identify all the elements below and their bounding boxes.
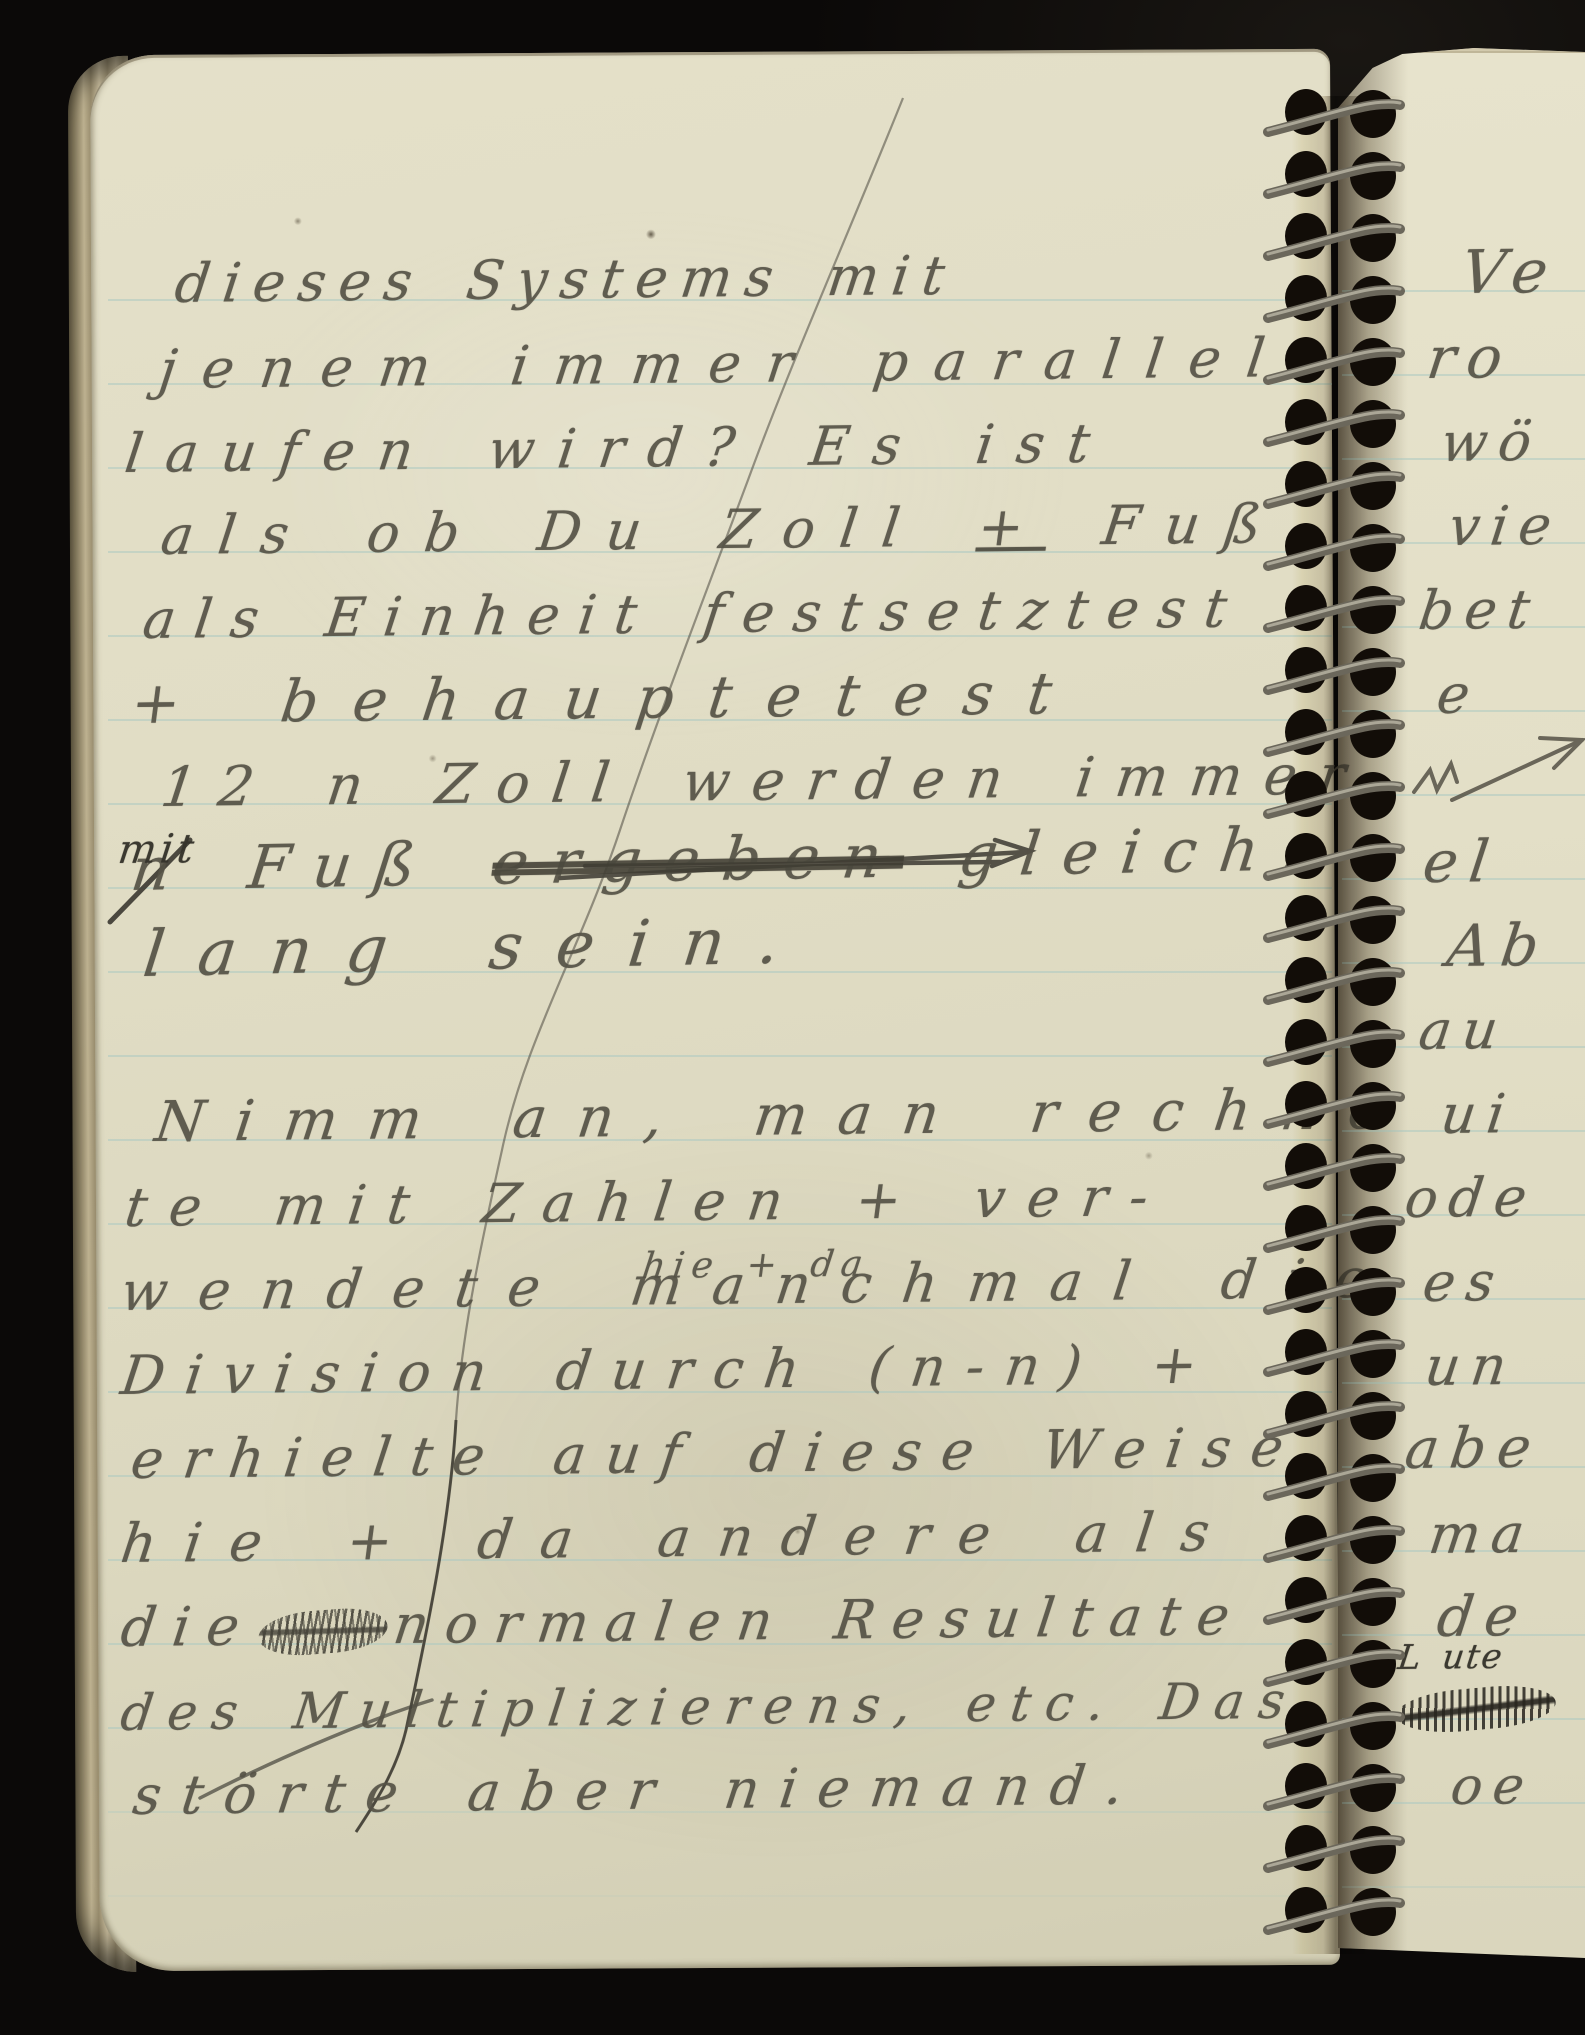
line-text: mit	[116, 826, 201, 873]
handwritten-line: dieses Systems mit	[172, 249, 961, 311]
handwritten-fragment: L ute	[1396, 1640, 1506, 1675]
handwritten-fragment: ode	[1402, 1171, 1541, 1226]
line-text: abe	[1401, 1416, 1546, 1482]
line-text: Division durch (n-n) +	[117, 1333, 1221, 1407]
line-text: störte aber niemand.	[129, 1753, 1147, 1827]
handwritten-line: hie + da andere als	[118, 1505, 1241, 1571]
line-text: laufen wird? Es ist	[121, 412, 1117, 485]
handwritten-line: Nimm an, man rechne	[152, 1082, 1416, 1151]
line-text: als Einheit festsetztest	[139, 576, 1249, 651]
handwritten-fragment: Ab	[1444, 916, 1554, 975]
handwritten-fragment: ma	[1426, 1507, 1538, 1562]
handwritten-fragment: es	[1420, 1255, 1508, 1310]
inserted-word: mit	[116, 829, 200, 870]
handwritten-fragment: ui	[1438, 1087, 1519, 1142]
line-text: Nimm an, man rechne	[151, 1077, 1416, 1155]
line-text: el	[1419, 827, 1504, 896]
line-text: un	[1421, 1334, 1520, 1398]
line-text: ma	[1425, 1502, 1538, 1566]
line-text: hie + da	[640, 1244, 873, 1287]
line-text: e	[1433, 663, 1484, 726]
line-text: wö	[1437, 410, 1546, 474]
underlined-text: +	[974, 495, 1052, 559]
handwritten-line: als ob Du Zoll + Fuß	[158, 497, 1289, 563]
handwritten-fragment: ro	[1424, 328, 1518, 387]
handwritten-line: dienormalen Resultate	[118, 1589, 1249, 1655]
handwritten-line: lang sein.	[140, 909, 817, 987]
line-text: die	[117, 1595, 259, 1659]
handwritten-line: jenem immer parallel	[156, 331, 1294, 397]
handwritten-line: erhielte auf diese Weise	[128, 1421, 1306, 1487]
handwritten-line: störte aber niemand.	[130, 1758, 1147, 1823]
handwritten-fragment: Ve	[1458, 242, 1563, 303]
handwritten-line: Division durch (n-n) +	[118, 1338, 1221, 1403]
line-text: es	[1419, 1250, 1509, 1314]
handwritten-line: 12 n Zoll werden immer	[158, 747, 1371, 815]
handwritten-line: des Multiplizierens, etc. Das	[118, 1676, 1302, 1738]
handwritten-fragment: wö	[1438, 415, 1546, 470]
line-text: vie	[1445, 494, 1565, 558]
inserted-word: hie + da	[640, 1247, 872, 1285]
handwritten-fragment: e	[1434, 668, 1484, 722]
line-text: ui	[1437, 1082, 1519, 1146]
handwritten-fragment: un	[1422, 1339, 1520, 1394]
line-text: normalen Resultate	[390, 1584, 1250, 1656]
line-text: jenem immer parallel	[155, 326, 1294, 401]
line-text: des Multiplizierens, etc. Das	[117, 1672, 1302, 1742]
line-text: Fuß	[1045, 492, 1290, 557]
line-text: lang sein.	[139, 904, 817, 992]
line-text: ro	[1423, 323, 1518, 392]
handwritten-fragment: oe	[1448, 1760, 1538, 1813]
scribbled-out-word	[257, 1605, 389, 1659]
handwritten-fragment: el	[1420, 832, 1504, 891]
line-text: als ob Du Zoll	[157, 495, 982, 567]
line-text: gleich.	[900, 814, 1328, 891]
notebook-scan: dieses Systems mitjenem immer parallella…	[0, 0, 1585, 2035]
struck-out-text: ergeben	[489, 822, 909, 899]
handwritten-fragment: abe	[1402, 1421, 1545, 1478]
line-text: erhielte auf diese Weise	[127, 1416, 1307, 1491]
handwritten-line: + behauptetest	[128, 664, 1090, 732]
handwritten-line: laufen wird? Es ist	[122, 417, 1116, 481]
handwritten-line: als Einheit festsetztest	[140, 581, 1249, 647]
line-text: ode	[1401, 1166, 1541, 1230]
line-text: L ute	[1396, 1637, 1506, 1678]
line-text: te mit Zahlen + ver-	[121, 1165, 1174, 1239]
handwritten-fragment: bet	[1416, 583, 1544, 638]
line-text: oe	[1447, 1756, 1538, 1817]
handwritten-fragment: vie	[1446, 499, 1565, 554]
handwritten-fragment: au	[1416, 1003, 1512, 1058]
line-text: dieses Systems mit	[171, 244, 961, 315]
handwritten-line: te mit Zahlen + ver-	[122, 1170, 1174, 1235]
line-text: + behauptetest	[127, 659, 1090, 737]
line-text: au	[1415, 998, 1512, 1062]
line-text: Ve	[1457, 237, 1564, 308]
line-text: 12 n Zoll werden immer	[157, 742, 1371, 819]
line-text: bet	[1415, 578, 1544, 642]
line-text: hie + da andere als	[117, 1500, 1241, 1575]
line-text: Ab	[1443, 911, 1554, 980]
